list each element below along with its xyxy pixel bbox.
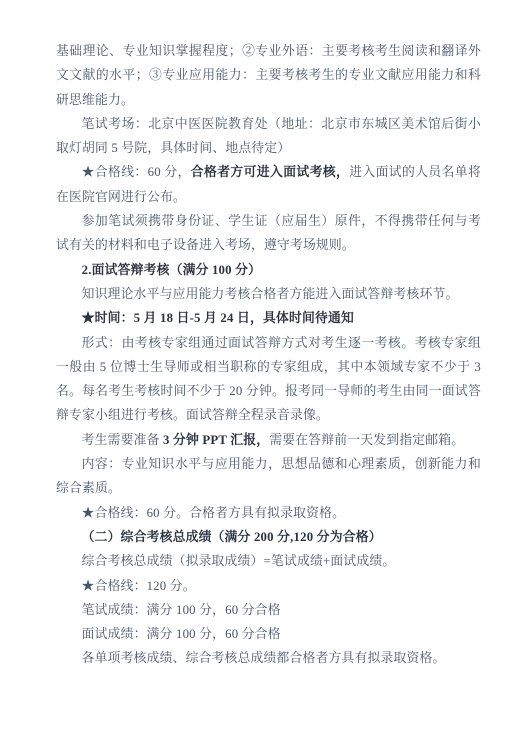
text-run: 面试成绩：满分 100 分，60 分合格 — [82, 627, 281, 641]
paragraph: ★合格线：120 分。 — [56, 574, 481, 598]
text-run: 知识理论水平与应用能力考核合格者方能进入面试答辩考核环节。 — [82, 287, 459, 301]
text-run: 基础理论、专业知识掌握程度；②专业外语：主要考核考生阅读和翻译外文文献的水平；③… — [56, 44, 481, 107]
paragraph: ★合格线：60 分，合格者方可进入面试考核，进入面试的人员名单将在医院官网进行公… — [56, 160, 481, 209]
text-run: 内容：专业知识水平与应用能力，思想品德和心理素质，创新能力和综合素质。 — [56, 457, 481, 495]
paragraph: 形式：由考核专家组通过面试答辩方式对考生逐一考核。考核专家组一般由 5 位博士生… — [56, 331, 481, 428]
text-run: ★合格线：120 分。 — [82, 579, 196, 593]
document-page: 基础理论、专业知识掌握程度；②专业外语：主要考核考生阅读和翻译外文文献的水平；③… — [0, 0, 525, 738]
paragraph: 考生需要准备 3 分钟 PPT 汇报，需要在答辩前一天发到指定邮箱。 — [56, 428, 481, 452]
bold-text-run: （二）综合考核总成绩（满分 200 分,120 分为合格） — [82, 530, 382, 544]
paragraph: 各单项考核成绩、综合考核总成绩都合格者方具有拟录取资格。 — [56, 646, 481, 670]
paragraph: 知识理论水平与应用能力考核合格者方能进入面试答辩考核环节。 — [56, 282, 481, 306]
text-run: 综合考核总成绩（拟录取成绩）=笔试成绩+面试成绩。 — [82, 554, 396, 568]
paragraph: 参加笔试须携带身份证、学生证（应届生）原件，不得携带任何与考试有关的材料和电子设… — [56, 209, 481, 258]
bold-text-run: ★时间：5 月 18 日-5 月 24 日，具体时间待通知 — [82, 311, 354, 325]
text-run: 笔试成绩：满分 100 分，60 分合格 — [82, 603, 281, 617]
paragraph: 综合考核总成绩（拟录取成绩）=笔试成绩+面试成绩。 — [56, 549, 481, 573]
paragraph: 笔试考场：北京中医医院教育处（地址：北京市东城区美术馆后街小取灯胡同 5 号院，… — [56, 112, 481, 161]
paragraph: 内容：专业知识水平与应用能力，思想品德和心理素质，创新能力和综合素质。 — [56, 452, 481, 501]
paragraph: （二）综合考核总成绩（满分 200 分,120 分为合格） — [56, 525, 481, 549]
paragraph: 面试成绩：满分 100 分，60 分合格 — [56, 622, 481, 646]
text-run: ★合格线：60 分。合格者方具有拟录取资格。 — [82, 506, 346, 520]
paragraph: 笔试成绩：满分 100 分，60 分合格 — [56, 598, 481, 622]
bold-text-run: 2.面试答辩考核（满分 100 分） — [82, 263, 262, 277]
paragraph: ★合格线：60 分。合格者方具有拟录取资格。 — [56, 501, 481, 525]
document-body: 基础理论、专业知识掌握程度；②专业外语：主要考核考生阅读和翻译外文文献的水平；③… — [56, 39, 481, 671]
text-run: 形式：由考核专家组通过面试答辩方式对考生逐一考核。考核专家组一般由 5 位博士生… — [56, 336, 481, 423]
text-run: 各单项考核成绩、综合考核总成绩都合格者方具有拟录取资格。 — [82, 651, 446, 665]
bold-text-run: 3 分钟 PPT 汇报， — [163, 433, 269, 447]
paragraph: 2.面试答辩考核（满分 100 分） — [56, 258, 481, 282]
text-run: 考生需要准备 — [82, 433, 163, 447]
text-run: 参加笔试须携带身份证、学生证（应届生）原件，不得携带任何与考试有关的材料和电子设… — [56, 214, 481, 252]
text-run: 笔试考场：北京中医医院教育处（地址：北京市东城区美术馆后街小取灯胡同 5 号院，… — [56, 117, 481, 155]
paragraph: ★时间：5 月 18 日-5 月 24 日，具体时间待通知 — [56, 306, 481, 330]
paragraph: 基础理论、专业知识掌握程度；②专业外语：主要考核考生阅读和翻译外文文献的水平；③… — [56, 39, 481, 112]
bold-text-run: 合格者方可进入面试考核， — [191, 165, 349, 179]
text-run: 需要在答辩前一天发到指定邮箱。 — [269, 433, 464, 447]
text-run: ★合格线：60 分， — [82, 165, 191, 179]
